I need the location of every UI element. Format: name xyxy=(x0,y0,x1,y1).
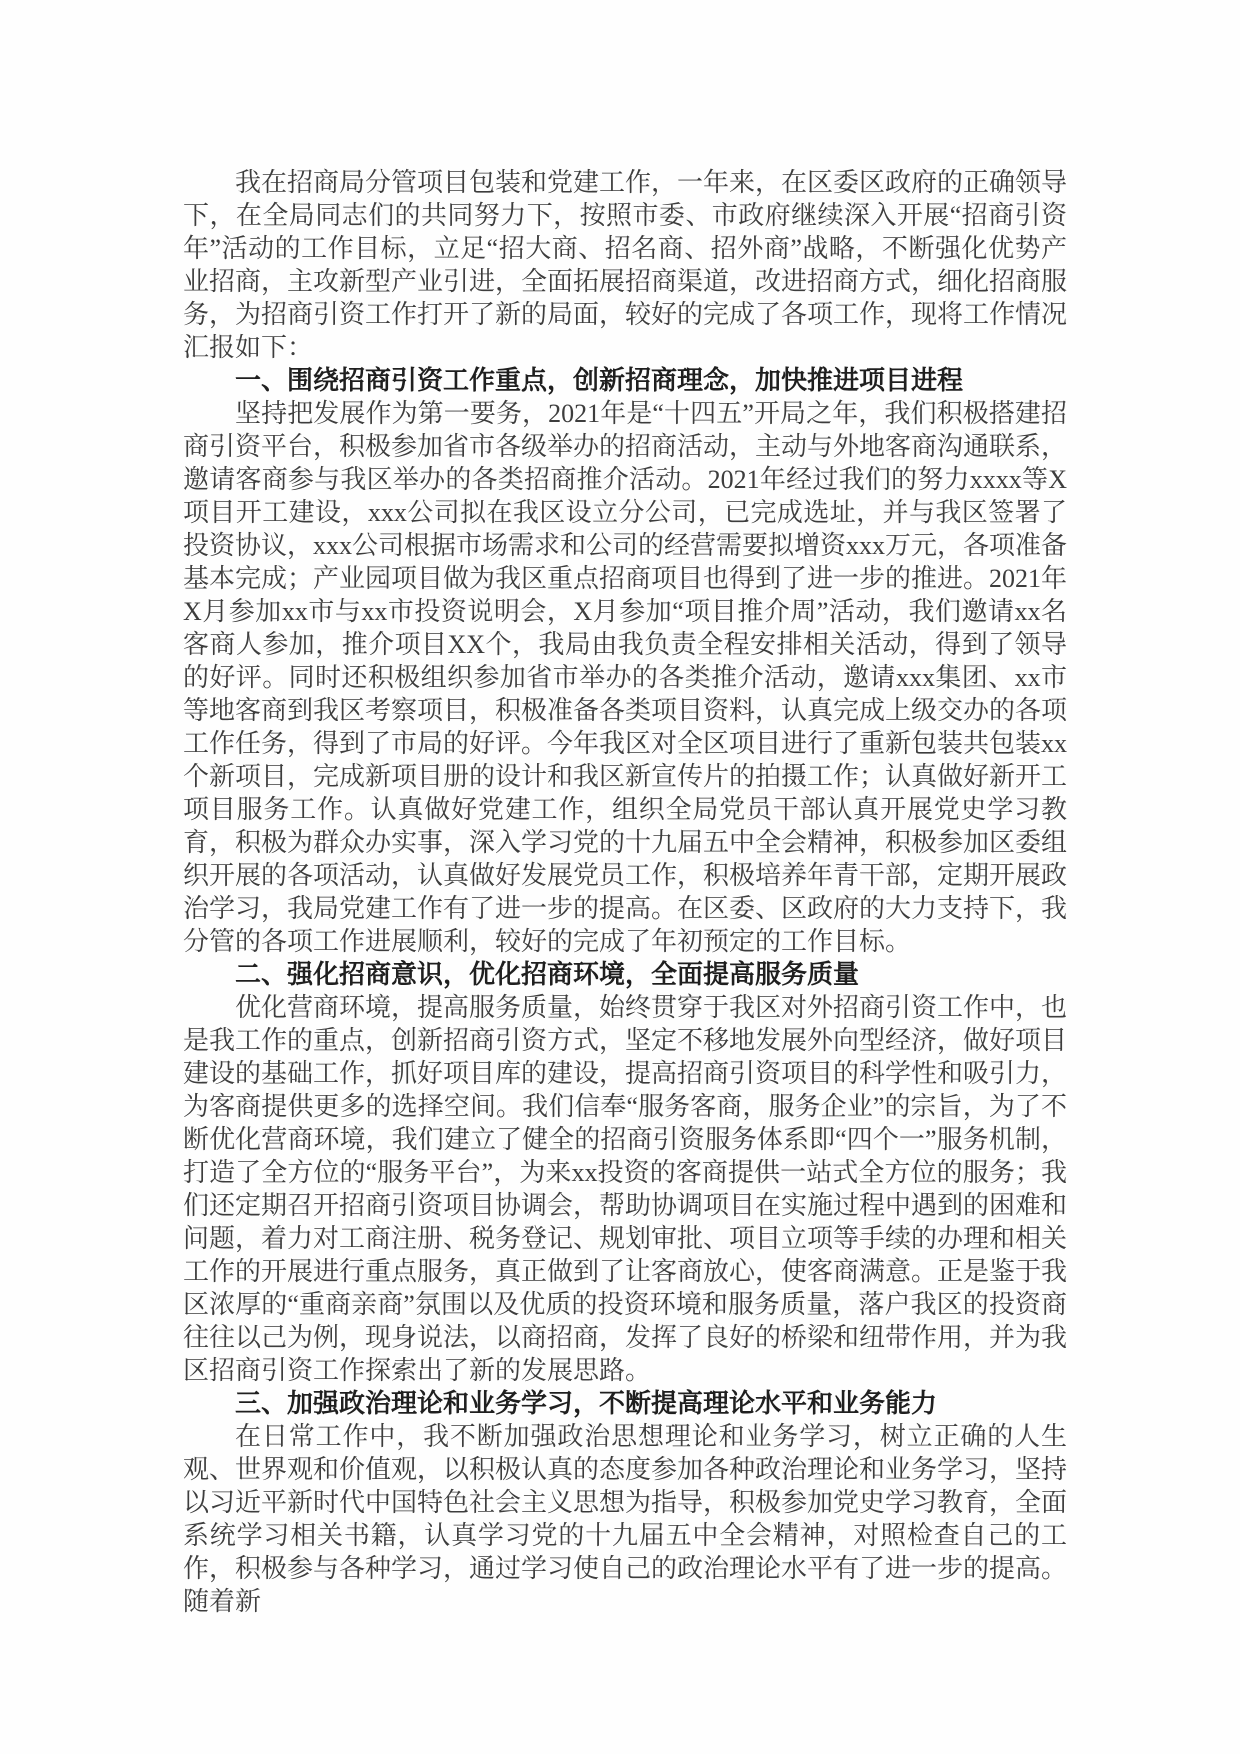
section-heading-3: 三、加强政治理论和业务学习，不断提高理论水平和业务能力 xyxy=(183,1387,1067,1420)
section-heading-1: 一、围绕招商引资工作重点，创新招商理念，加快推进项目进程 xyxy=(183,364,1067,397)
paragraph-intro: 我在招商局分管项目包装和党建工作，一年来，在区委区政府的正确领导下，在全局同志们… xyxy=(183,166,1067,364)
document-page: 我在招商局分管项目包装和党建工作，一年来，在区委区政府的正确领导下，在全局同志们… xyxy=(0,0,1240,1754)
paragraph-section-3: 在日常工作中，我不断加强政治思想理论和业务学习，树立正确的人生观、世界观和价值观… xyxy=(183,1420,1067,1618)
section-heading-2: 二、强化招商意识，优化招商环境，全面提高服务质量 xyxy=(183,958,1067,991)
paragraph-section-2: 优化营商环境，提高服务质量，始终贯穿于我区对外招商引资工作中，也是我工作的重点，… xyxy=(183,991,1067,1387)
paragraph-section-1: 坚持把发展作为第一要务，2021年是“十四五”开局之年，我们积极搭建招商引资平台… xyxy=(183,397,1067,958)
document-content: 我在招商局分管项目包装和党建工作，一年来，在区委区政府的正确领导下，在全局同志们… xyxy=(183,166,1067,1618)
